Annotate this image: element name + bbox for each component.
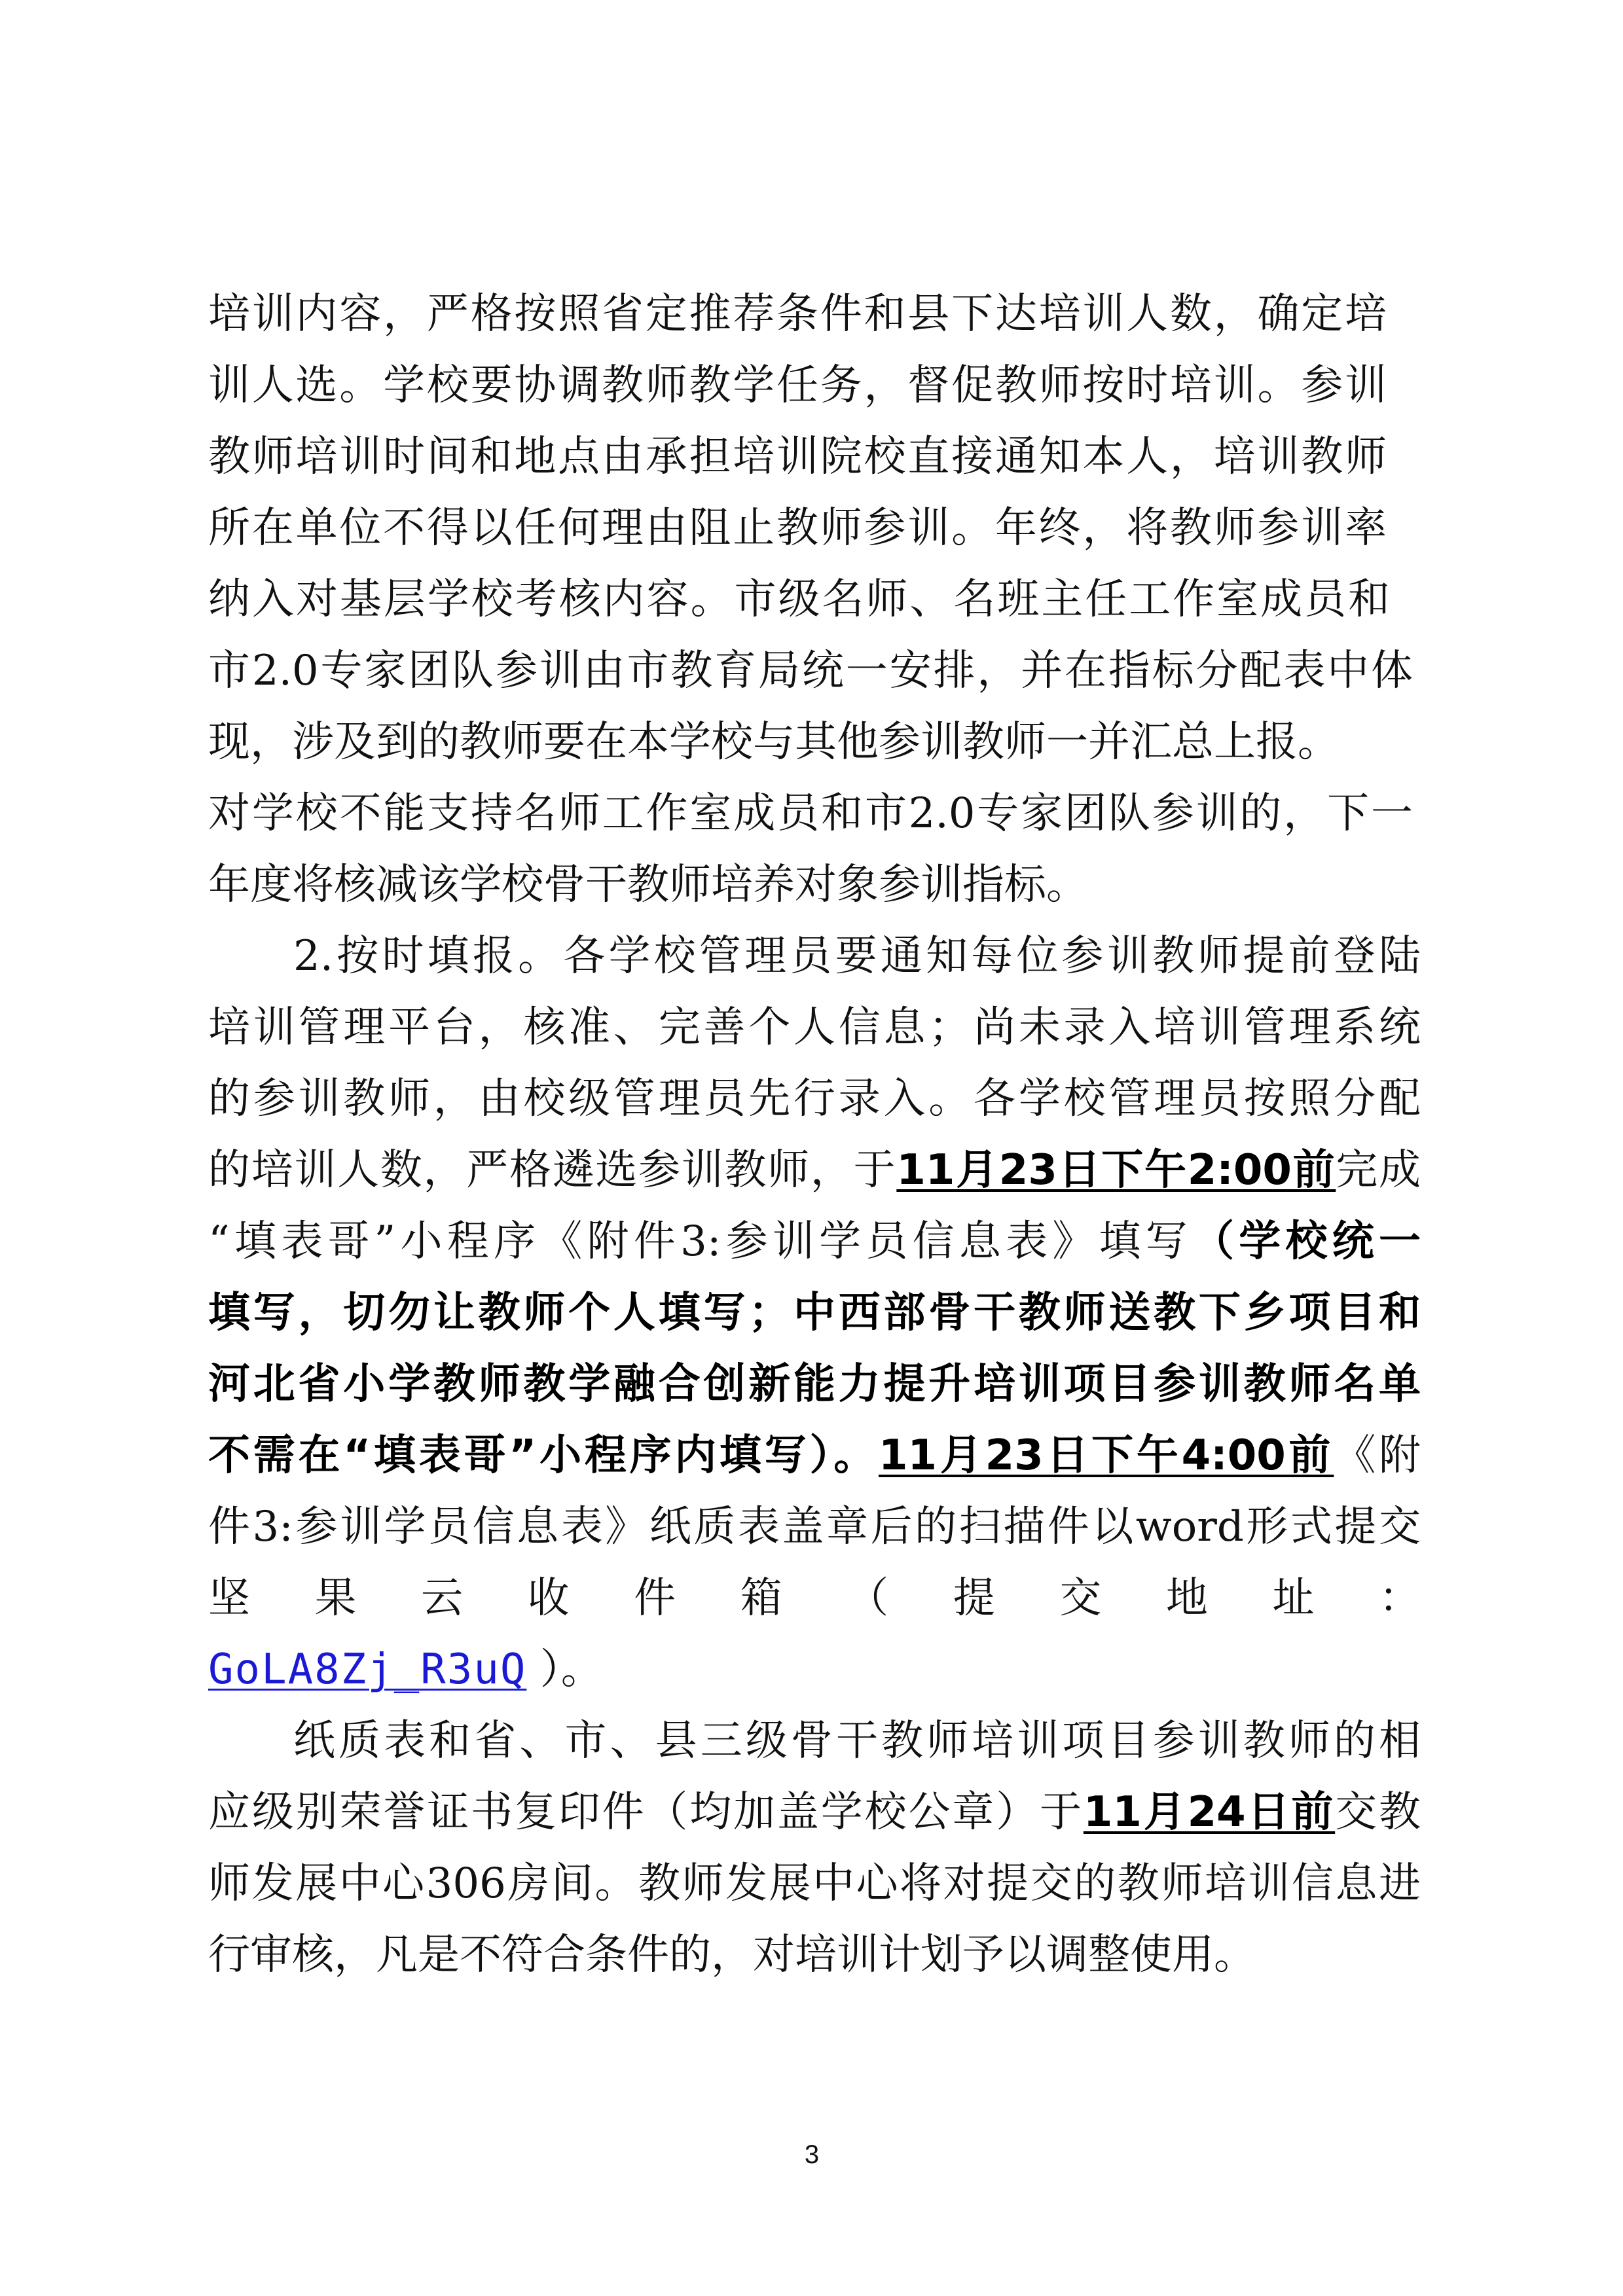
- text-line: 填写，切勿让教师个人填写；中西部骨干教师送教下乡项目和: [208, 1287, 1421, 1339]
- text-segment: 件3:参训学员信息表》纸质表盖章后的扫描件以word形式提交: [208, 1503, 1421, 1551]
- text-segment: 的培训人数，严格遴选参训教师，于: [208, 1146, 896, 1194]
- text-line: 对学校不能支持名师工作室成员和市2.0专家团队参训的，下一: [208, 787, 1413, 840]
- text-line: 应级别荣誉证书复印件（均加盖学校公章）于11月24日前交教: [208, 1786, 1421, 1839]
- text-line: 师发展中心306房间。教师发展中心将对提交的教师培训信息进: [208, 1857, 1421, 1910]
- text-line: GoLA8Zj_R3uQ ）。: [208, 1643, 601, 1696]
- submission-link[interactable]: GoLA8Zj_R3uQ: [208, 1645, 526, 1694]
- text-line: 纳入对基层学校考核内容。市级名师、名班主任工作室成员和: [208, 573, 1390, 626]
- text-line: 行审核，凡是不符合条件的，对培训计划予以调整使用。: [208, 1929, 1190, 1981]
- text-line: 2.按时填报。各学校管理员要通知每位参训教师提前登陆: [293, 930, 1421, 982]
- text-segment: “填表哥”小程序《附件3:参训学员信息表》填写: [208, 1217, 1192, 1266]
- text-segment: 年度将核减该学校骨干教师培养对象参训指标。: [208, 861, 1088, 909]
- text-segment: 2.按时填报。各学校管理员要通知每位参训教师提前登陆: [293, 932, 1421, 980]
- text-segment: 培训管理平台，核准、完善个人信息；尚未录入培训管理系统: [208, 1003, 1421, 1052]
- text-line: 的培训人数，严格遴选参训教师，于11月23日下午2:00前完成: [208, 1144, 1421, 1196]
- text-segment: ）。: [526, 1645, 602, 1694]
- text-segment: 《附: [1334, 1431, 1421, 1480]
- deadline-emphasis: 11月23日下午2:00前: [896, 1146, 1336, 1194]
- text-line: 纸质表和省、市、县三级骨干教师培训项目参训教师的相: [293, 1715, 1421, 1767]
- bold-note: 不需在“填表哥”小程序内填写）。: [208, 1431, 879, 1480]
- text-line: 件3:参训学员信息表》纸质表盖章后的扫描件以word形式提交: [208, 1501, 1421, 1553]
- text-line: 坚果云收件箱（提交地址：https://send2me.cn/nzBP8v2u/…: [208, 1572, 1421, 1624]
- text-segment: 对学校不能支持名师工作室成员和市2.0专家团队参训的，下一: [208, 789, 1413, 838]
- deadline-emphasis: 11月24日前: [1084, 1788, 1335, 1837]
- text-line: 河北省小学教师教学融合创新能力提升培训项目参训教师名单: [208, 1358, 1421, 1410]
- text-segment: 师发展中心306房间。教师发展中心将对提交的教师培训信息进: [208, 1859, 1421, 1908]
- text-segment: 现，涉及到的教师要在本学校与其他参训教师一并汇总上报。: [208, 718, 1340, 766]
- deadline-emphasis: 11月23日下午4:00前: [879, 1431, 1334, 1480]
- text-segment: 所在单位不得以任何理由阻止教师参训。年终，将教师参训率: [208, 504, 1387, 552]
- text-line: 训人选。学校要协调教师教学任务，督促教师按时培训。参训: [208, 359, 1387, 412]
- text-segment: 交教: [1335, 1788, 1421, 1837]
- text-segment: 的参训教师，由校级管理员先行录入。各学校管理员按照分配: [208, 1075, 1421, 1123]
- text-line: 所在单位不得以任何理由阻止教师参训。年终，将教师参训率: [208, 502, 1387, 554]
- text-segment: 完成: [1336, 1146, 1421, 1194]
- text-segment: 教师培训时间和地点由承担培训院校直接通知本人，培训教师: [208, 433, 1387, 481]
- text-segment: 市2.0专家团队参训由市教育局统一安排，并在指标分配表中体: [208, 647, 1413, 695]
- bold-note: 河北省小学教师教学融合创新能力提升培训项目参训教师名单: [208, 1360, 1421, 1408]
- bold-note: 填写，切勿让教师个人填写；中西部骨干教师送教下乡项目和: [208, 1289, 1421, 1337]
- page-number: 3: [786, 2140, 838, 2170]
- document-page: 培训内容，严格按照省定推荐条件和县下达培训人数，确定培训人选。学校要协调教师教学…: [0, 0, 1623, 2296]
- text-segment: 纸质表和省、市、县三级骨干教师培训项目参训教师的相: [293, 1717, 1421, 1765]
- text-segment: 坚果云收件箱（提交地址：: [208, 1574, 1421, 1623]
- text-line: 的参训教师，由校级管理员先行录入。各学校管理员按照分配: [208, 1073, 1421, 1125]
- text-segment: 行审核，凡是不符合条件的，对培训计划予以调整使用。: [208, 1931, 1256, 1979]
- text-line: 培训内容，严格按照省定推荐条件和县下达培训人数，确定培: [208, 288, 1387, 340]
- text-segment: 训人选。学校要协调教师教学任务，督促教师按时培训。参训: [208, 361, 1387, 410]
- text-segment: 纳入对基层学校考核内容。市级名师、名班主任工作室成员和: [208, 575, 1390, 624]
- text-segment: 应级别荣誉证书复印件（均加盖学校公章）于: [208, 1788, 1084, 1837]
- text-line: “填表哥”小程序《附件3:参训学员信息表》填写（学校统一: [208, 1215, 1421, 1268]
- text-line: 教师培训时间和地点由承担培训院校直接通知本人，培训教师: [208, 431, 1387, 483]
- text-line: 不需在“填表哥”小程序内填写）。11月23日下午4:00前《附: [208, 1429, 1421, 1482]
- text-line: 现，涉及到的教师要在本学校与其他参训教师一并汇总上报。: [208, 716, 1374, 768]
- bold-note: （学校统一: [1192, 1217, 1421, 1266]
- text-line: 年度将核减该学校骨干教师培养对象参训指标。: [208, 859, 1125, 911]
- text-segment: 培训内容，严格按照省定推荐条件和县下达培训人数，确定培: [208, 290, 1387, 338]
- text-line: 培训管理平台，核准、完善个人信息；尚未录入培训管理系统: [208, 1001, 1421, 1054]
- text-line: 市2.0专家团队参训由市教育局统一安排，并在指标分配表中体: [208, 645, 1413, 697]
